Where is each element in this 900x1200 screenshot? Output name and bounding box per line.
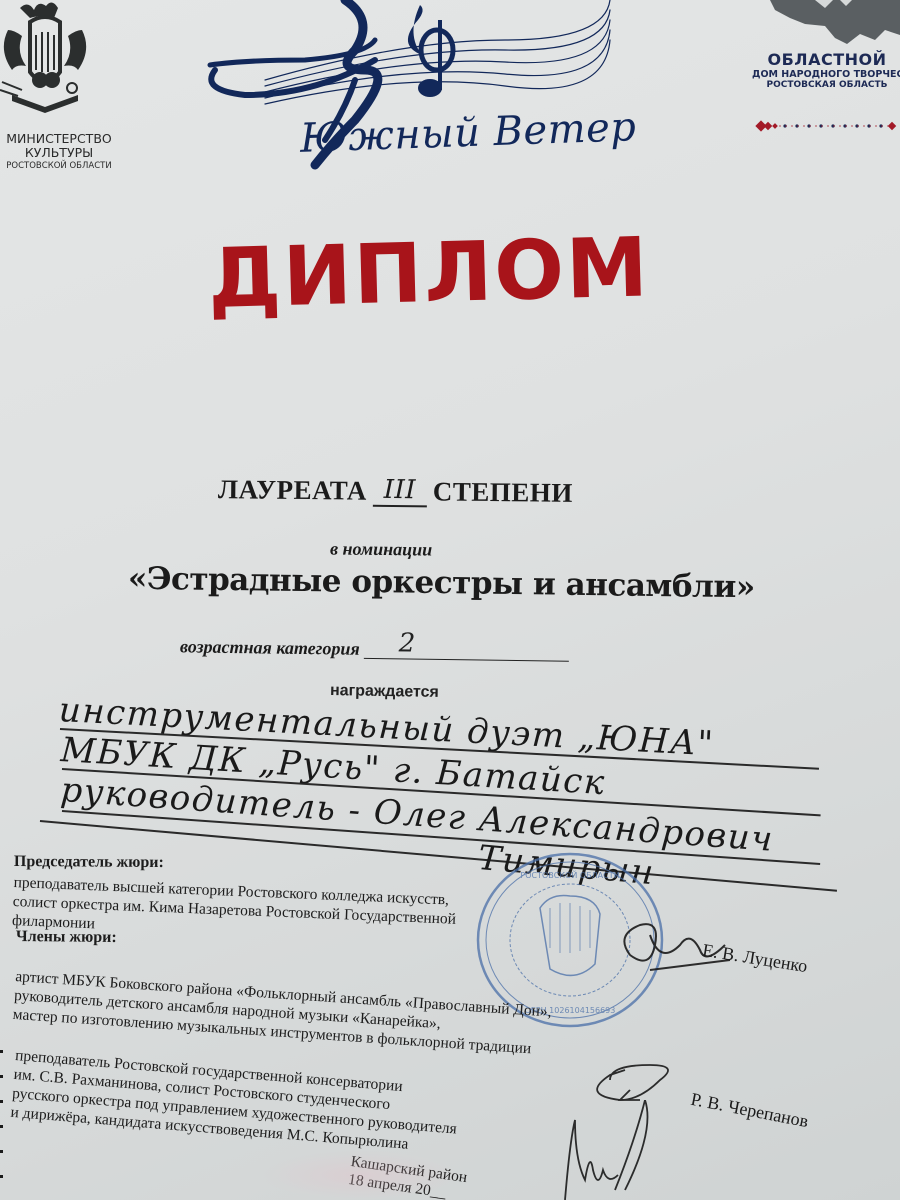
svg-text:РОСТОВСКОЙ ОБЛАСТИ: РОСТОВСКОЙ ОБЛАСТИ bbox=[520, 869, 619, 880]
jury-member-2-credentials: преподаватель Ростовской государственной… bbox=[10, 1046, 495, 1160]
laureate-prefix: ЛАУРЕАТА bbox=[218, 474, 367, 506]
binding-holes-icon bbox=[0, 1050, 6, 1200]
age-category-line: возрастная категория2 bbox=[180, 629, 569, 665]
signature-member-2-icon bbox=[545, 1100, 665, 1200]
laureate-degree-line: ЛАУРЕАТАIIIСТЕПЕНИ bbox=[218, 474, 573, 511]
folk-house-name: ОБЛАСТНОЙ ДОМ НАРОДНОГО ТВОРЧЕСТВА РОСТО… bbox=[752, 50, 900, 90]
degree-value: III bbox=[373, 475, 427, 508]
ministry-of-culture-logo: МИНИСТЕРСТВО КУЛЬТУРЫ РОСТОВСКОЙ ОБЛАСТИ bbox=[0, 0, 120, 180]
photo-glare bbox=[260, 1150, 460, 1200]
age-category-label: возрастная категория bbox=[180, 636, 360, 659]
laureate-suffix: СТЕПЕНИ bbox=[433, 476, 573, 507]
nomination-label: в номинации bbox=[330, 538, 432, 560]
awarded-label: награждается bbox=[330, 682, 439, 702]
member-1-name: Р. В. Черепанов bbox=[689, 1089, 810, 1132]
embroidery-ornament-icon bbox=[755, 118, 900, 134]
nomination-name: «Эстрадные оркестры и ансамбли» bbox=[128, 561, 755, 606]
jury-chair-heading: Председатель жюри: bbox=[14, 853, 164, 872]
age-category-value: 2 bbox=[364, 628, 569, 662]
ministry-name: МИНИСТЕРСТВО КУЛЬТУРЫ РОСТОВСКОЙ ОБЛАСТИ bbox=[4, 132, 114, 171]
coat-of-arms-icon bbox=[0, 0, 90, 120]
region-map-icon bbox=[765, 0, 900, 48]
diploma-title: ДИПЛОМ bbox=[207, 221, 639, 327]
jury-members-heading: Члены жюри: bbox=[16, 928, 117, 947]
